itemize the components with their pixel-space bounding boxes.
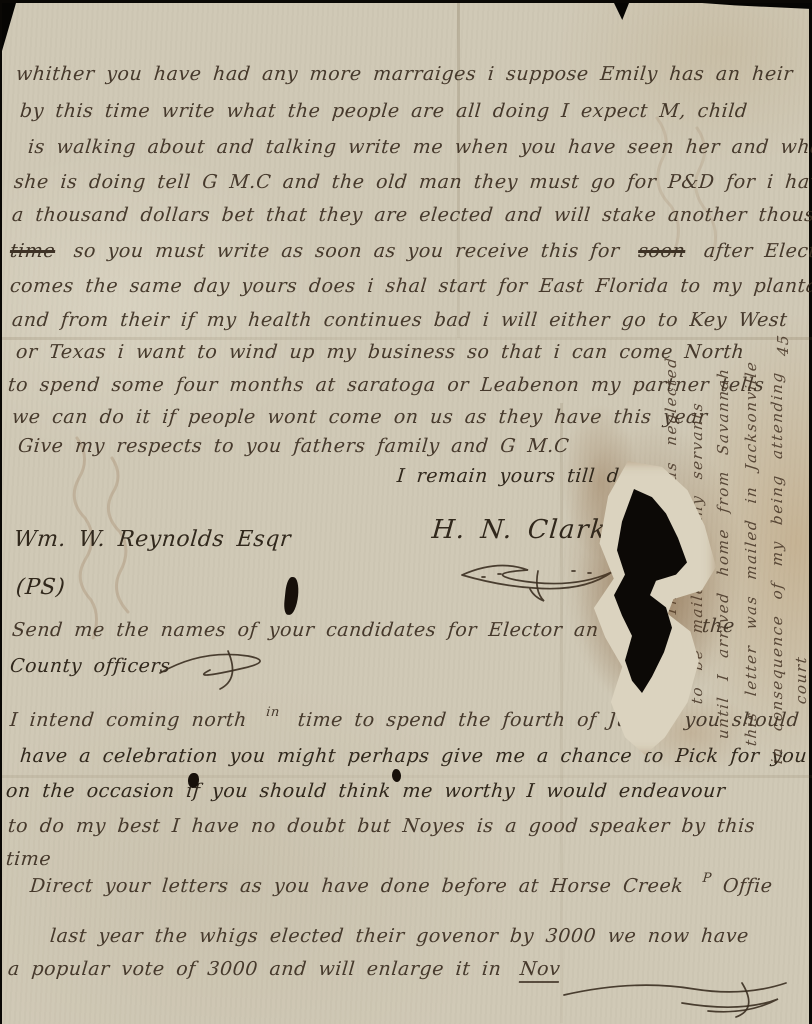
tally-line-2: a popular vote of 3000 and will enlarge … — [7, 958, 561, 980]
letter-line: time — [5, 848, 52, 870]
letter-line: whither you have had any more marraiges … — [15, 63, 794, 85]
ink-blot — [283, 576, 300, 615]
letter-line: comes the same day yours does i shal sta… — [9, 275, 812, 297]
margin-note: in consequence of my being attending — [768, 370, 786, 765]
letter-line-with-strikethrough: time so you must write as soon as you re… — [9, 240, 812, 262]
letter-line: is walking about and talking write me wh… — [27, 136, 812, 158]
letter-paper: whither you have had any more marraiges … — [2, 3, 809, 1024]
line-text: Direct your letters as you have done bef… — [29, 875, 684, 897]
line-text: I intend coming north — [9, 709, 248, 731]
letter-line: and from their if my health continues ba… — [11, 309, 788, 331]
ps-county-line: County officers — [9, 655, 171, 677]
line-text: after Election which — [703, 240, 812, 262]
superscript-word: in — [266, 705, 281, 720]
letter-line: we can do it if people wont come on us a… — [11, 406, 709, 428]
scan-edge-dark — [702, 3, 812, 9]
fold-crease-horizontal-upper — [2, 337, 812, 340]
nov-underline-flourish — [562, 977, 792, 1017]
letter-line: she is doing tell G M.C and the old man … — [13, 171, 812, 193]
letter-line: to spend some four months at saratoga or… — [7, 374, 765, 396]
letter-line: to do my best I have no doubt but Noyes … — [7, 815, 756, 837]
addressee-line: Wm. W. Reynolds Esqr — [13, 527, 292, 552]
postscript-label: (PS) — [15, 575, 66, 600]
letter-line: Give my respects to you fathers family a… — [17, 435, 570, 457]
line-text: a popular vote of 3000 and will enlarge … — [7, 958, 502, 980]
margin-note: court — [792, 655, 810, 705]
scan-corner-dark — [2, 3, 16, 51]
letter-line: by this time write what the people are a… — [19, 100, 749, 122]
tally-line: last year the whigs elected their goveno… — [49, 925, 750, 947]
letter-line: on the occasion if you should think me w… — [5, 780, 727, 802]
letter-line: or Texas i want to wind up my business s… — [15, 341, 745, 363]
ps-send-line: Send me the names of your candidates for… — [11, 619, 600, 641]
underlined-word: Nov — [519, 958, 562, 983]
letter-line: a thousand dollars bet that they are ele… — [11, 204, 812, 226]
struck-word: time — [9, 240, 56, 262]
struck-word: soon — [637, 240, 686, 262]
fold-crease-horizontal-lower — [2, 775, 812, 778]
line-text: so you must write as soon as you receive… — [73, 240, 621, 262]
scan-edge-notch — [614, 3, 629, 20]
superscript-word: P — [702, 871, 713, 886]
ink-blot — [392, 769, 401, 782]
margin-number: 45 — [774, 333, 792, 357]
line-text: Offie — [722, 875, 774, 897]
direct-line: Direct your letters as you have done bef… — [29, 875, 774, 897]
county-flourish — [154, 643, 294, 693]
letter-scan-page: { "letter": { "paper_color": "#d0c9b6", … — [0, 0, 812, 1024]
